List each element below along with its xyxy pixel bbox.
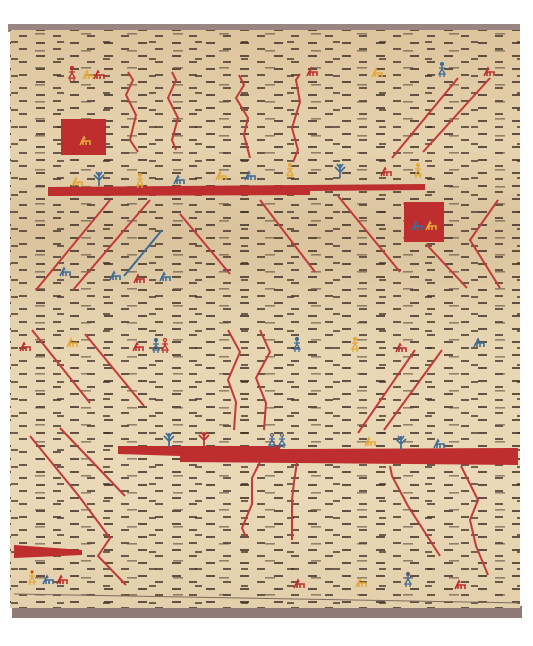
red-box-right <box>404 202 444 242</box>
dash-texture-2 <box>10 30 520 608</box>
rug-photo <box>0 0 533 646</box>
